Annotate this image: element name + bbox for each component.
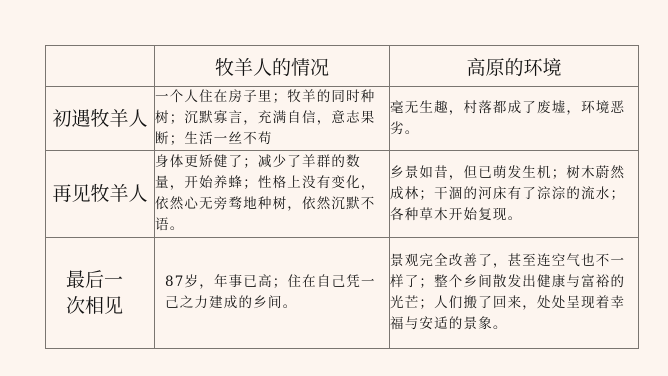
row-label: 初遇牧羊人 — [46, 87, 155, 151]
table-row: 再见牧羊人 身体更矫健了；减少了羊群的数量，开始养蜂；性格上没有变化，依然心无旁… — [46, 151, 639, 238]
header-plateau-environment: 高原的环境 — [390, 46, 639, 87]
row-label: 最后一次相见 — [46, 238, 155, 349]
environment-cell: 乡景如昔，但已萌发生机；树木蔚然成林；干涸的河床有了淙淙的流水；各种草木开始复现… — [390, 151, 639, 238]
comparison-table: 牧羊人的情况 高原的环境 初遇牧羊人 一个人住在房子里；牧羊的同时种树；沉默寡言… — [45, 45, 639, 349]
environment-cell: 毫无生趣，村落都成了废墟，环境恶劣。 — [390, 87, 639, 151]
environment-cell: 景观完全改善了，甚至连空气也不一样了；整个乡间散发出健康与富裕的光芒；人们搬了回… — [390, 238, 639, 349]
table-row: 最后一次相见 87岁，年事已高；住在自己凭一己之力建成的乡间。 景观完全改善了，… — [46, 238, 639, 349]
header-shepherd-situation: 牧羊人的情况 — [155, 46, 390, 87]
shepherd-cell: 一个人住在房子里；牧羊的同时种树；沉默寡言，充满自信，意志果断；生活一丝不苟 — [155, 87, 390, 151]
header-empty-cell — [46, 46, 155, 87]
shepherd-cell: 身体更矫健了；减少了羊群的数量，开始养蜂；性格上没有变化，依然心无旁骛地种树，依… — [155, 151, 390, 238]
table-header-row: 牧羊人的情况 高原的环境 — [46, 46, 639, 87]
shepherd-cell: 87岁，年事已高；住在自己凭一己之力建成的乡间。 — [155, 238, 390, 349]
row-label: 再见牧羊人 — [46, 151, 155, 238]
slide: 牧羊人的情况 高原的环境 初遇牧羊人 一个人住在房子里；牧羊的同时种树；沉默寡言… — [0, 0, 668, 376]
table-row: 初遇牧羊人 一个人住在房子里；牧羊的同时种树；沉默寡言，充满自信，意志果断；生活… — [46, 87, 639, 151]
